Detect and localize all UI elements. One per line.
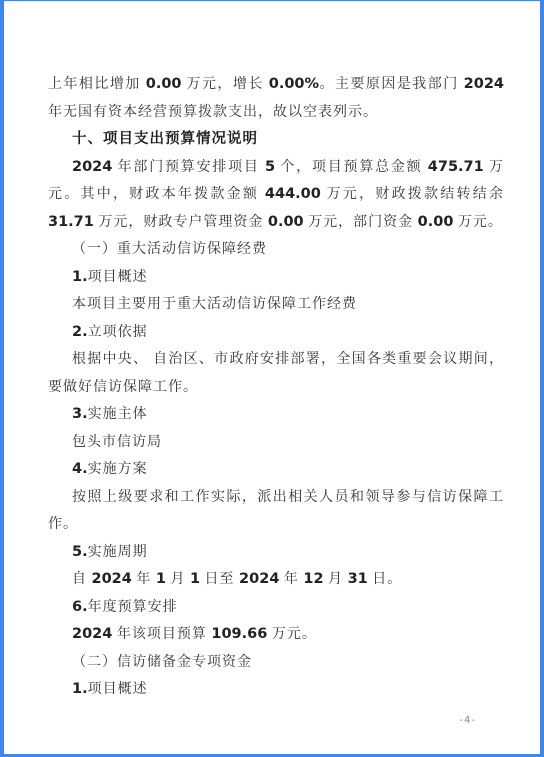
- paragraph: 3.实施主体: [48, 401, 504, 429]
- text-run: 本项目主要用于重大活动信访保障工作经费: [72, 297, 357, 312]
- numeric-value: 2024: [239, 571, 279, 587]
- numeric-value: 109.66: [211, 626, 267, 642]
- numeric-value: 0.00: [268, 214, 304, 230]
- numeric-value: 3.: [72, 406, 88, 422]
- section-heading: 十、项目支出预算情况说明: [48, 126, 504, 154]
- page-number: -4-: [459, 715, 476, 726]
- text-run: 万元。: [453, 215, 503, 230]
- text-run: 万元。: [267, 627, 317, 642]
- text-run: 自: [72, 572, 92, 587]
- numeric-value: 2024: [92, 571, 132, 587]
- numeric-value: 0.00: [418, 214, 454, 230]
- numeric-value: 6.: [72, 599, 88, 615]
- numeric-value: 4.: [72, 461, 88, 477]
- paragraph: 本项目主要用于重大活动信访保障工作经费: [48, 291, 504, 319]
- paragraph: 6.年度预算安排: [48, 594, 504, 622]
- text-run: 实施主体: [88, 407, 148, 422]
- text-run: 月: [324, 572, 348, 587]
- text-run: 项目概述: [88, 270, 148, 285]
- numeric-value: 5: [265, 159, 275, 175]
- text-run: 年该项目预算: [112, 627, 211, 642]
- paragraph: 根据中央、 自治区、市政府安排部署，全国各类重要会议期间，要做好信访保障工作。: [48, 346, 504, 401]
- paragraph: 1.项目概述: [48, 264, 504, 292]
- numeric-value: 0.00%: [269, 76, 319, 92]
- text-run: 上年相比增加: [48, 77, 146, 92]
- numeric-value: 1: [156, 571, 166, 587]
- text-run: 按照上级要求和工作实际，派出相关人员和领导参与信访保障工作。: [48, 490, 504, 533]
- text-run: 日。: [368, 572, 403, 587]
- numeric-value: 31.71: [48, 214, 94, 230]
- paragraph: 2.立项依据: [48, 319, 504, 347]
- paragraph: 1.项目概述: [48, 676, 504, 704]
- pdf-viewer-background: 上年相比增加 0.00 万元，增长 0.00%。主要原因是我部门 2024 年无…: [0, 0, 544, 757]
- text-run: 项目概述: [88, 682, 148, 697]
- numeric-value: 475.71: [428, 159, 484, 175]
- text-run: 十、项目支出预算情况说明: [72, 131, 258, 147]
- numeric-value: 444.00: [265, 186, 321, 202]
- text-run: （一）重大活动信访保障经费: [72, 242, 267, 257]
- numeric-value: 1.: [72, 269, 88, 285]
- text-run: 包头市信访局: [72, 435, 162, 450]
- text-run: 万元，部门资金: [304, 215, 418, 230]
- text-run: 年: [279, 572, 303, 587]
- text-run: 年: [132, 572, 156, 587]
- document-page: 上年相比增加 0.00 万元，增长 0.00%。主要原因是我部门 2024 年无…: [4, 1, 540, 754]
- numeric-value: 2024: [72, 626, 112, 642]
- paragraph: （一）重大活动信访保障经费: [48, 236, 504, 264]
- text-run: 日至: [200, 572, 239, 587]
- text-run: 年部门预算安排项目: [112, 160, 265, 175]
- numeric-value: 2024: [72, 159, 112, 175]
- text-run: （二）信访储备金专项资金: [72, 655, 252, 670]
- text-run: 万元，财政专户管理资金: [94, 215, 268, 230]
- paragraph: 2024 年该项目预算 109.66 万元。: [48, 621, 504, 649]
- text-run: 年度预算安排: [88, 600, 178, 615]
- text-run: 万元，财政拨款结转结余: [321, 187, 504, 202]
- text-run: 个，项目预算总金额: [275, 160, 428, 175]
- text-run: 年无国有资本经营预算拨款支出，故以空表列示。: [48, 105, 378, 120]
- text-run: 实施方案: [88, 462, 148, 477]
- paragraph: 4.实施方案: [48, 456, 504, 484]
- numeric-value: 2024: [464, 76, 504, 92]
- numeric-value: 1: [190, 571, 200, 587]
- numeric-value: 12: [303, 571, 323, 587]
- numeric-value: 5.: [72, 544, 88, 560]
- numeric-value: 31: [348, 571, 368, 587]
- numeric-value: 2.: [72, 324, 88, 340]
- paragraph: 按照上级要求和工作实际，派出相关人员和领导参与信访保障工作。: [48, 484, 504, 539]
- paragraph: 2024 年部门预算安排项目 5 个，项目预算总金额 475.71 万元。其中，…: [48, 154, 504, 237]
- paragraph: 上年相比增加 0.00 万元，增长 0.00%。主要原因是我部门 2024 年无…: [48, 71, 504, 126]
- paragraph: 包头市信访局: [48, 429, 504, 457]
- text-run: 根据中央、 自治区、市政府安排部署，全国各类重要会议期间，要做好信访保障工作。: [48, 352, 504, 395]
- document-body: 上年相比增加 0.00 万元，增长 0.00%。主要原因是我部门 2024 年无…: [48, 71, 504, 704]
- paragraph: 自 2024 年 1 月 1 日至 2024 年 12 月 31 日。: [48, 566, 504, 594]
- paragraph: （二）信访储备金专项资金: [48, 649, 504, 677]
- text-run: 立项依据: [88, 325, 148, 340]
- text-run: 万元，增长: [182, 77, 269, 92]
- paragraph: 5.实施周期: [48, 539, 504, 567]
- numeric-value: 1.: [72, 681, 88, 697]
- text-run: 月: [166, 572, 190, 587]
- text-run: 实施周期: [88, 545, 148, 560]
- text-run: 。主要原因是我部门: [319, 77, 464, 92]
- numeric-value: 0.00: [146, 76, 182, 92]
